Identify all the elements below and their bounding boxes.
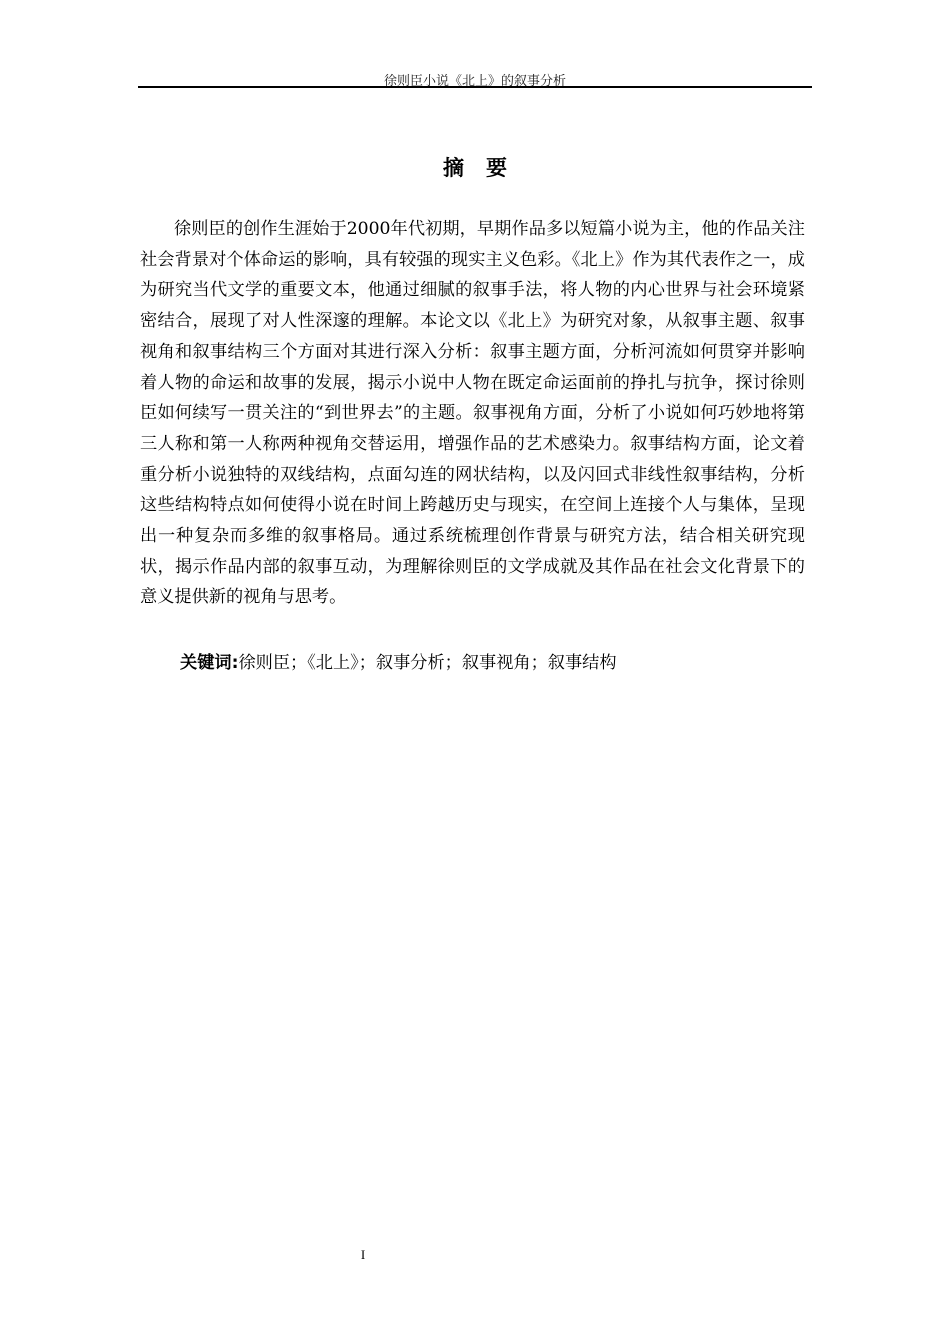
page-number: I [353, 1247, 373, 1263]
keywords-label: 关键词: [180, 653, 238, 673]
keywords-text: 徐则臣；《北上》；叙事分析；叙事视角；叙事结构 [238, 653, 616, 673]
abstract-paragraph: 徐则臣的创作生涯始于2000年代初期，早期作品多以短篇小说为主，他的作品关注社会… [140, 214, 805, 613]
header-rule [138, 86, 812, 88]
abstract-title: 摘要 [138, 152, 812, 182]
abstract-title-char-2: 要 [486, 152, 507, 182]
keywords-line: 关键词:徐则臣；《北上》；叙事分析；叙事视角；叙事结构 [140, 648, 805, 678]
abstract-title-char-1: 摘 [443, 152, 464, 182]
